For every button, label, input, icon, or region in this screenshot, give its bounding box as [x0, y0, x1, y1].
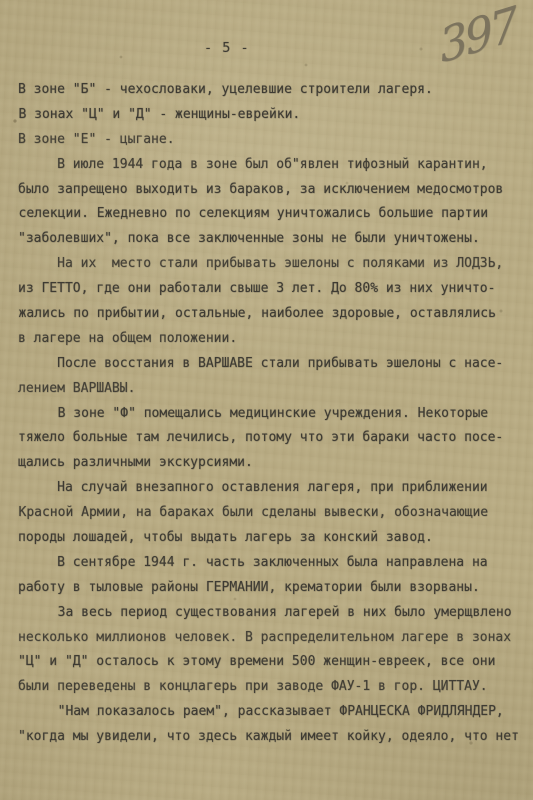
text-line: несколько миллионов человек. В распредел…	[18, 626, 518, 651]
text-line: жались по прибытии, остальные, наиболее …	[19, 302, 519, 327]
text-line: тяжело больные там лечились, потому что …	[18, 426, 518, 451]
text-line: "когда мы увидели, что здесь каждый имее…	[18, 725, 518, 750]
text-line: было запрещено выходить из бараков, за и…	[18, 178, 518, 203]
text-line: В июле 1944 года в зоне был об"явлен тиф…	[18, 153, 518, 178]
text-line: В зонах "Ц" и "Д" - женщины-еврейки.	[19, 103, 519, 128]
text-line: В зоне "Е" - цыгане.	[18, 128, 518, 153]
text-line: После восстания в ВАРШАВЕ стали прибыват…	[18, 352, 518, 377]
text-line: породы лошадей, чтобы выдать лагерь за к…	[18, 526, 518, 551]
text-line: щались различными экскурсиями.	[18, 451, 518, 476]
text-line: "Нам показалось раем", рассказывает ФРАН…	[19, 700, 519, 725]
text-line: селекции. Ежедневно по селекциям уничтож…	[19, 202, 519, 227]
page-number: - 5 -	[204, 40, 250, 56]
text-line: В зоне "Ф" помещались медицинские учрежд…	[19, 402, 519, 427]
text-line: На случай внезапного оставления лагеря, …	[18, 476, 518, 501]
text-line: были переведены в концлагерь при заводе …	[18, 675, 518, 700]
text-line: из ГЕТТО, где они работали свыше 3 лет. …	[18, 277, 518, 302]
document-body: В зоне "Б" - чехословаки, уцелевшие стро…	[18, 78, 518, 750]
paper-speckles	[0, 0, 2, 2]
text-line: Красной Армии, на бараках были сделаны в…	[19, 501, 519, 526]
handwritten-folio-number: 397	[437, 0, 518, 69]
text-line: В зоне "Б" - чехословаки, уцелевшие стро…	[18, 78, 518, 103]
text-line: в лагере на общем положении.	[18, 327, 518, 352]
text-line: лением ВАРШАВЫ.	[18, 377, 518, 402]
text-line: "Ц" и "Д" осталось к этому времени 500 ж…	[18, 650, 518, 675]
text-line: За весь период существования лагерей в н…	[19, 601, 519, 626]
text-line: В сентябре 1944 г. часть заключенных был…	[18, 551, 518, 576]
text-line: работу в тыловые районы ГЕРМАНИИ, кремат…	[18, 576, 518, 601]
document-page: - 5 - 397 В зоне "Б" - чехословаки, уцел…	[0, 0, 533, 800]
text-line: На их место стали прибывать эшелоны с по…	[18, 252, 518, 277]
text-line: "заболевших", пока все заключенные зоны …	[18, 227, 518, 252]
